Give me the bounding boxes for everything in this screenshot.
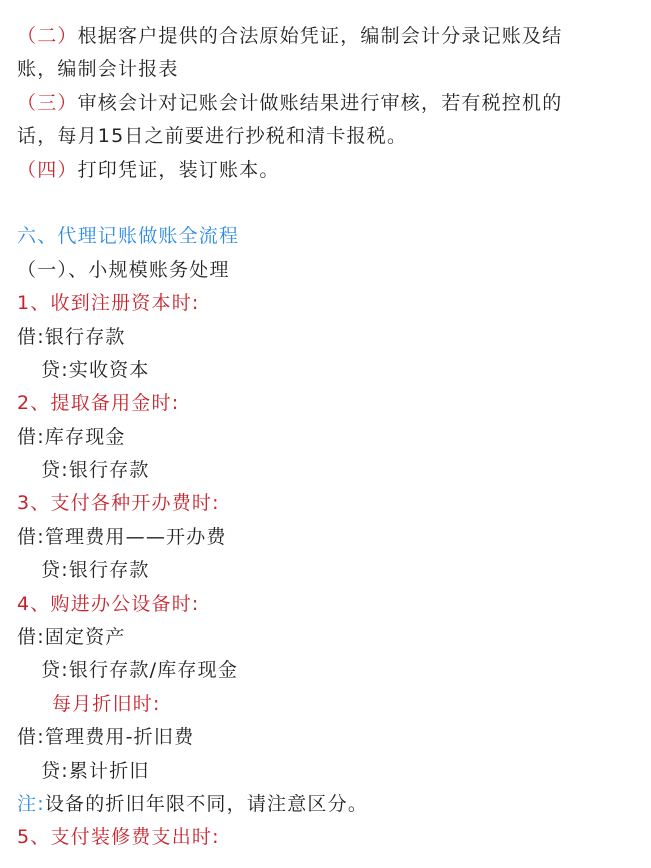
entry-title: 1、收到注册资本时: <box>17 287 651 320</box>
depreciation-title: 每月折旧时: <box>17 688 651 721</box>
section-heading: 六、代理记账做账全流程 <box>17 220 651 253</box>
entry-credit: 贷:银行存款 <box>17 554 651 587</box>
entry-credit: 贷:银行存款/库存现金 <box>17 654 651 687</box>
note: 注:设备的折旧年限不同，请注意区分。 <box>17 788 651 821</box>
note-label: 注: <box>17 793 45 815</box>
entry-title: 5、支付装修费支出时: <box>17 821 651 854</box>
section-subheading: （一）、小规模账务处理 <box>17 254 651 287</box>
spacer <box>17 187 651 220</box>
item-marker: （三） <box>17 92 78 114</box>
item-marker: （四） <box>17 159 78 181</box>
entry-debit: 借:银行存款 <box>17 321 651 354</box>
item-marker: （二） <box>17 25 78 47</box>
item-two: （二）根据客户提供的合法原始凭证，编制会计分录记账及结 <box>17 20 651 53</box>
entry-debit: 借:库存现金 <box>17 421 651 454</box>
item-three: （三）审核会计对记账会计做账结果进行审核，若有税控机的 <box>17 87 651 120</box>
entry-title: 2、提取备用金时: <box>17 387 651 420</box>
item-two-continued: 账，编制会计报表 <box>17 53 651 86</box>
entry-title: 4、购进办公设备时: <box>17 588 651 621</box>
depreciation-debit: 借:管理费用-折旧费 <box>17 721 651 754</box>
document: （二）根据客户提供的合法原始凭证，编制会计分录记账及结 账，编制会计报表 （三）… <box>0 0 651 855</box>
entry-credit: 贷:实收资本 <box>17 354 651 387</box>
item-four: （四）打印凭证，装订账本。 <box>17 154 651 187</box>
entry-debit: 借:管理费用——开办费 <box>17 521 651 554</box>
entry-credit: 贷:银行存款 <box>17 454 651 487</box>
depreciation-credit: 贷:累计折旧 <box>17 755 651 788</box>
item-three-continued: 话，每月15日之前要进行抄税和清卡报税。 <box>17 120 651 153</box>
entry-debit: 借:固定资产 <box>17 621 651 654</box>
entry-title: 3、支付各种开办费时: <box>17 487 651 520</box>
